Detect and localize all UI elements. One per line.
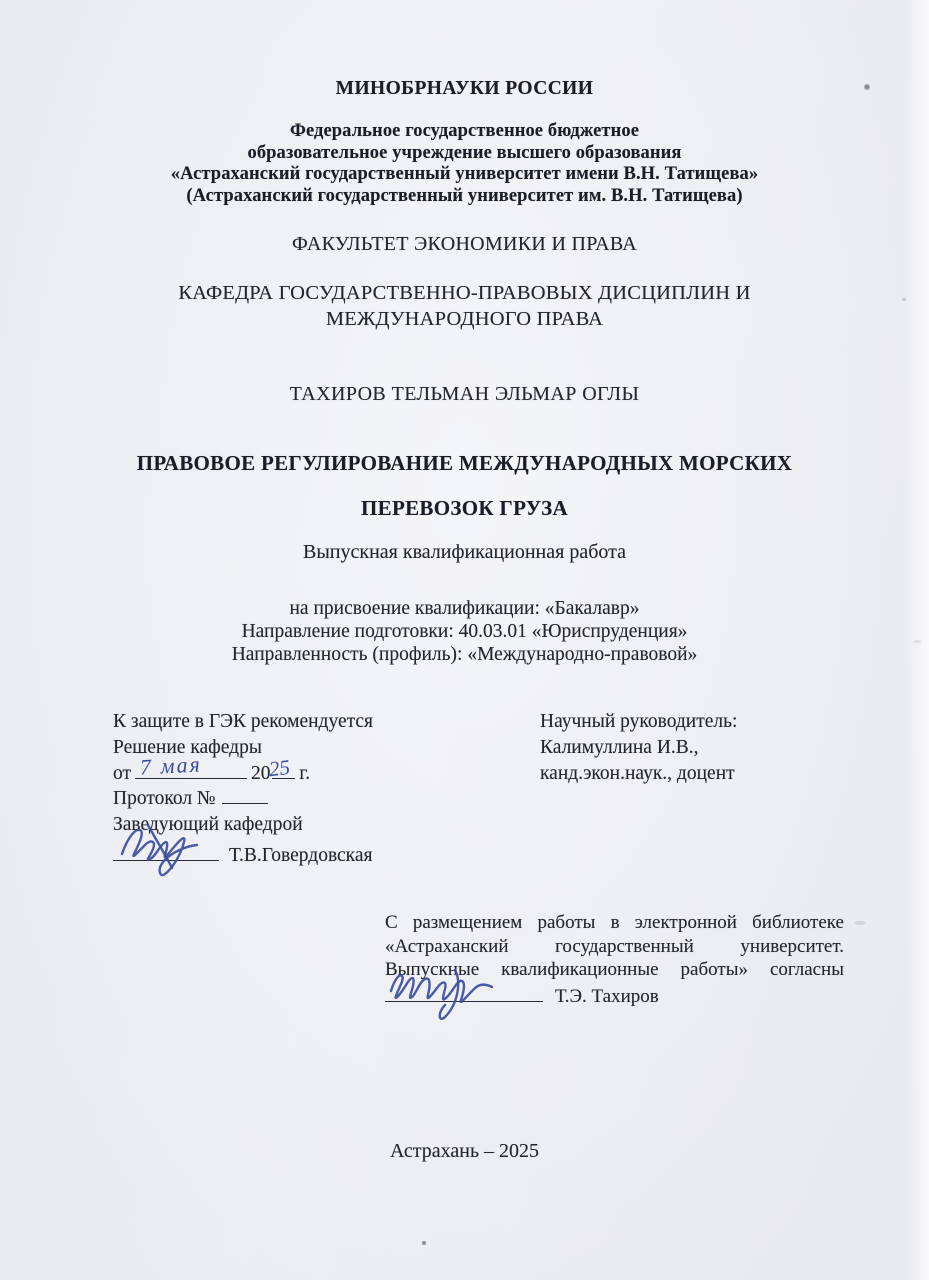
department-line: МЕЖДУНАРОДНОГО ПРАВА	[0, 307, 929, 333]
scan-speck	[422, 1241, 426, 1245]
scan-speck	[902, 298, 906, 301]
department-line: КАФЕДРА ГОСУДАРСТВЕННО-ПРАВОВЫХ ДИСЦИПЛИ…	[0, 281, 929, 307]
date-prefix: от	[113, 763, 131, 784]
institution-line: образовательное учреждение высшего образ…	[0, 143, 929, 165]
consent-line: Выпускные квалификационные работы» согла…	[385, 958, 844, 982]
faculty-heading: ФАКУЛЬТЕТ ЭКОНОМИКИ И ПРАВА	[0, 233, 929, 256]
city-year: Астрахань – 2025	[0, 1140, 929, 1163]
institution-line: (Астраханский государственный университе…	[0, 186, 929, 208]
qualification-line: Направление подготовки: 40.03.01 «Юриспр…	[0, 620, 929, 643]
scan-speck	[914, 640, 921, 643]
consent-line: С размещением работы в электронной библи…	[385, 911, 844, 935]
thesis-title-page: МИНОБРНАУКИ РОССИИ Федеральное государст…	[0, 0, 929, 1280]
scan-speck	[855, 921, 865, 925]
head-signature-blank	[113, 847, 219, 861]
department-head-label: Заведующий кафедрой	[113, 812, 453, 838]
date-blank: 7 мая	[135, 765, 247, 779]
consent-signer-name: Т.Э. Тахиров	[555, 986, 659, 1007]
thesis-title-line: ПРАВОВОЕ РЕГУЛИРОВАНИЕ МЕЖДУНАРОДНЫХ МОР…	[0, 441, 929, 486]
protocol-number-blank	[222, 790, 268, 804]
supervisor-label: Научный руководитель:	[540, 709, 850, 735]
approval-block: К защите в ГЭК рекомендуется Решение каф…	[113, 709, 453, 869]
supervisor-block: Научный руководитель: Калимуллина И.В., …	[540, 709, 850, 786]
protocol-label: Протокол №	[113, 788, 216, 809]
scan-speck	[864, 84, 870, 90]
thesis-title: ПРАВОВОЕ РЕГУЛИРОВАНИЕ МЕЖДУНАРОДНЫХ МОР…	[0, 441, 929, 531]
handwritten-year: 25	[267, 755, 291, 783]
year-suffix: г.	[299, 763, 310, 784]
approval-line: К защите в ГЭК рекомендуется	[113, 709, 453, 735]
handwritten-date: 7 мая	[139, 751, 202, 780]
supervisor-name: Калимуллина И.В.,	[540, 735, 850, 761]
institution-line: «Астраханский государственный университе…	[0, 164, 929, 186]
protocol-line: Протокол №	[113, 786, 453, 812]
work-type-label: Выпускная квалификационная работа	[0, 541, 929, 564]
approval-date-line: от7 мая2025 г.	[113, 761, 453, 787]
head-signature-row: Т.В.Говердовская	[113, 843, 453, 869]
ministry-heading: МИНОБРНАУКИ РОССИИ	[0, 78, 929, 100]
institution-line: Федеральное государственное бюджетное	[0, 121, 929, 143]
consent-line: «Астраханский государственный университе…	[385, 935, 844, 959]
qualification-block: на присвоение квалификации: «Бакалавр» Н…	[0, 597, 929, 666]
qualification-line: Направленность (профиль): «Международно-…	[0, 643, 929, 666]
library-consent-block: С размещением работы в электронной библи…	[385, 911, 844, 1008]
qualification-line: на присвоение квалификации: «Бакалавр»	[0, 597, 929, 620]
thesis-title-line: ПЕРЕВОЗОК ГРУЗА	[0, 486, 929, 531]
consent-signature-blank	[385, 988, 543, 1002]
author-name: ТАХИРОВ ТЕЛЬМАН ЭЛЬМАР ОГЛЫ	[0, 383, 929, 406]
department-head-name: Т.В.Говердовская	[229, 845, 373, 866]
supervisor-degree: канд.экон.наук., доцент	[540, 761, 850, 787]
consent-signature-row: Т.Э. Тахиров	[385, 985, 844, 1009]
department-heading: КАФЕДРА ГОСУДАРСТВЕННО-ПРАВОВЫХ ДИСЦИПЛИ…	[0, 281, 929, 332]
year-blank: 25	[272, 765, 295, 779]
institution-block: Федеральное государственное бюджетное об…	[0, 121, 929, 207]
